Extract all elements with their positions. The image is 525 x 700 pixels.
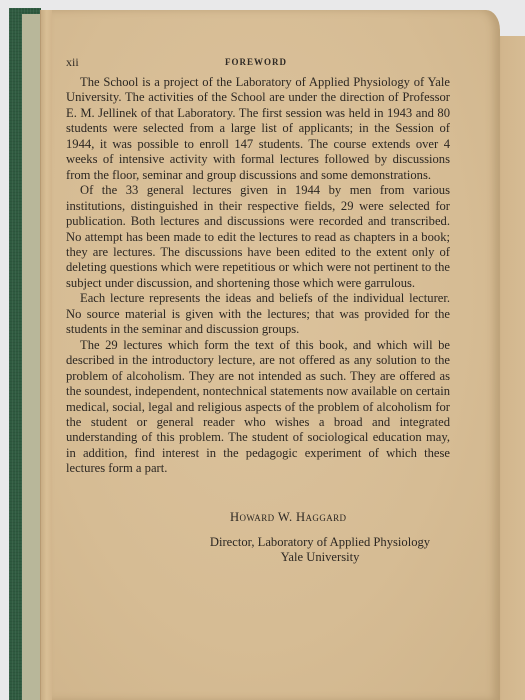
- signature-title: Director, Laboratory of Applied Physiolo…: [190, 535, 450, 565]
- paragraph: Each lecture represents the ideas and be…: [66, 291, 450, 337]
- signature-title-line2: Yale University: [190, 550, 450, 565]
- paragraph: The 29 lectures which form the text of t…: [66, 338, 450, 477]
- signature-title-line1: Director, Laboratory of Applied Physiolo…: [190, 535, 450, 550]
- page-header: xii FOREWORD: [66, 55, 446, 69]
- signature-name: Howard W. Haggard: [230, 510, 450, 525]
- paragraph: Of the 33 general lectures given in 1944…: [66, 183, 450, 291]
- signature-block: Howard W. Haggard Director, Laboratory o…: [190, 510, 450, 565]
- endpaper: [22, 14, 42, 700]
- running-head: FOREWORD: [66, 57, 446, 67]
- foreword-body: The School is a project of the Laborator…: [66, 75, 450, 477]
- paragraph: The School is a project of the Laborator…: [66, 75, 450, 183]
